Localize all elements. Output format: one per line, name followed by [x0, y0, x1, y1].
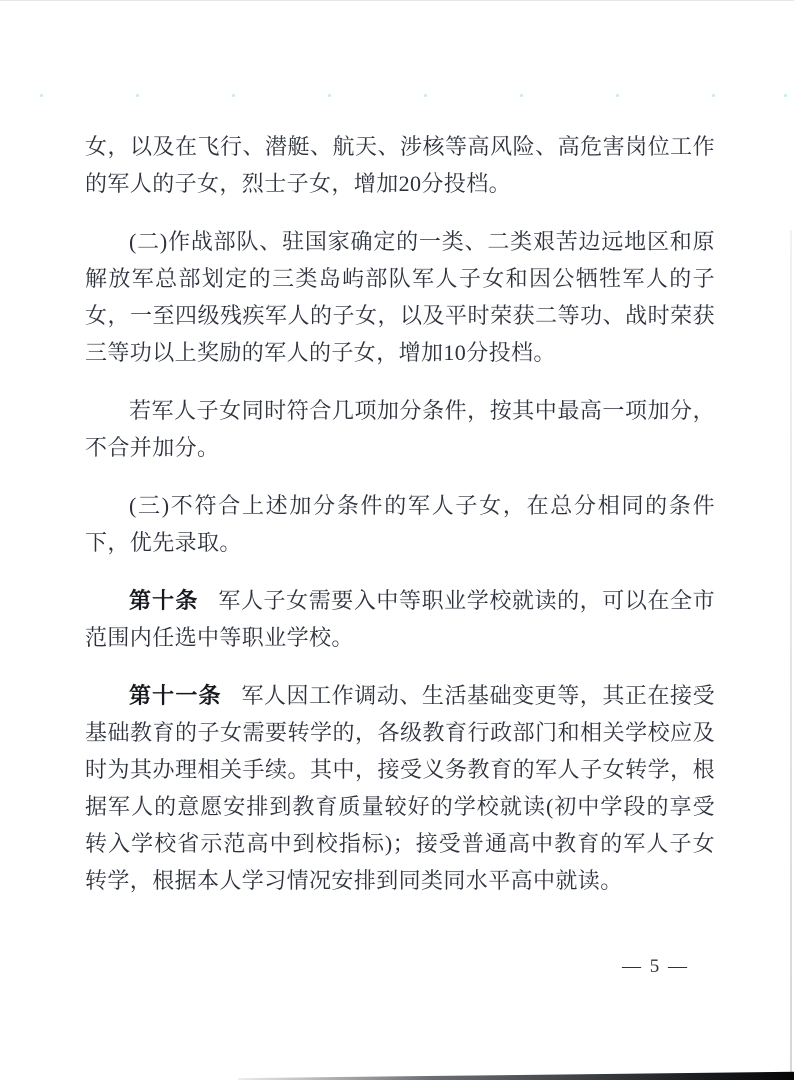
- para-clause-3: (三)不符合上述加分条件的军人子女，在总分相同的条件下，优先录取。: [85, 487, 715, 561]
- article-11-number: 第十一条: [129, 683, 222, 708]
- paragraph-text: 若军人子女同时符合几项加分条件，按其中最高一项加分，不合并加分。: [85, 398, 715, 460]
- para-clause-2: (二)作战部队、驻国家确定的一类、二类艰苦边远地区和原解放军总部划定的三类岛屿部…: [85, 223, 715, 371]
- paragraph-text: 军人因工作调动、生活基础变更等，其正在接受基础教育的子女需要转学的，各级教育行政…: [85, 683, 715, 893]
- document-page: 女，以及在飞行、潜艇、航天、涉核等高风险、高危害岗位工作的军人的子女，烈士子女，…: [0, 0, 794, 1080]
- paragraph-text: 女，以及在飞行、潜艇、航天、涉核等高风险、高危害岗位工作的军人的子女，烈士子女，…: [85, 134, 715, 196]
- para-continuation: 女，以及在飞行、潜艇、航天、涉核等高风险、高危害岗位工作的军人的子女，烈士子女，…: [85, 128, 715, 202]
- para-article-10: 第十条军人子女需要入中等职业学校就读的，可以在全市范围内任选中等职业学校。: [85, 582, 715, 656]
- para-article-11: 第十一条军人因工作调动、生活基础变更等，其正在接受基础教育的子女需要转学的，各级…: [85, 677, 715, 899]
- paragraph-text: (二)作战部队、驻国家确定的一类、二类艰苦边远地区和原解放军总部划定的三类岛屿部…: [85, 229, 715, 365]
- article-10-number: 第十条: [129, 588, 199, 613]
- paragraph-text: (三)不符合上述加分条件的军人子女，在总分相同的条件下，优先录取。: [85, 493, 715, 555]
- scan-right-edge-line: [790, 230, 792, 1076]
- scan-edge-shadow: [238, 1070, 794, 1080]
- document-body: 女，以及在飞行、潜艇、航天、涉核等高风险、高危害岗位工作的军人的子女，烈士子女，…: [85, 128, 715, 899]
- scan-top-edge-line: [0, 0, 794, 1]
- page-number: — 5 —: [622, 956, 689, 978]
- para-bonus-rule: 若军人子女同时符合几项加分条件，按其中最高一项加分，不合并加分。: [85, 392, 715, 466]
- scanner-artifact-dots: [0, 94, 794, 97]
